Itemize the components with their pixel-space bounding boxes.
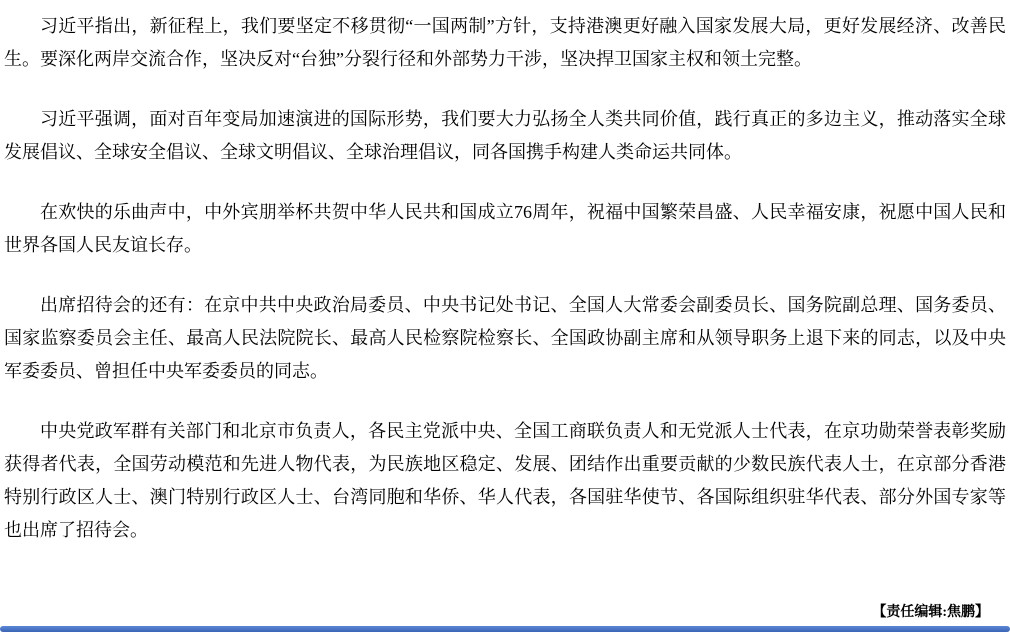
article-paragraph: 在欢快的乐曲声中，中外宾朋举杯共贺中华人民共和国成立76周年，祝福中国繁荣昌盛、… (4, 196, 1006, 262)
footer-divider-bar (0, 626, 1010, 632)
article-paragraph: 习近平强调，面对百年变局加速演进的国际形势，我们要大力弘扬全人类共同价值，践行真… (4, 103, 1006, 169)
article-body: 习近平指出，新征程上，我们要坚定不移贯彻“一国两制”方针，支持港澳更好融入国家发… (0, 0, 1010, 621)
article-paragraph: 出席招待会的还有：在京中共中央政治局委员、中央书记处书记、全国人大常委会副委员长… (4, 289, 1006, 388)
article-page: 习近平指出，新征程上，我们要坚定不移贯彻“一国两制”方针，支持港澳更好融入国家发… (0, 0, 1010, 632)
article-paragraph: 习近平指出，新征程上，我们要坚定不移贯彻“一国两制”方针，支持港澳更好融入国家发… (4, 10, 1006, 76)
article-paragraph: 中央党政军群有关部门和北京市负责人，各民主党派中央、全国工商联负责人和无党派人士… (4, 415, 1006, 547)
editor-credit: 【责任编辑:焦鹏】 (4, 605, 1006, 621)
